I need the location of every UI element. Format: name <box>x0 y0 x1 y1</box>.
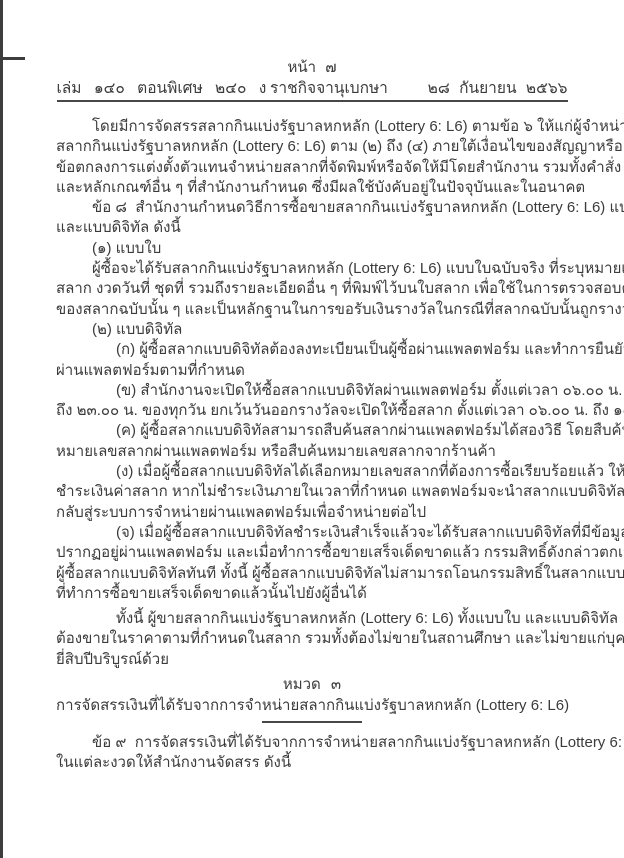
gazette-page: หน้า ๗ เล่ม ๑๔๐ ตอนพิเศษ ๒๔๐ ง ราชกิจจาน… <box>0 0 624 858</box>
text-line: และหลักเกณฑ์อื่น ๆ ที่สำนักงานกำหนด ซึ่ง… <box>56 178 568 198</box>
page-header: หน้า ๗ เล่ม ๑๔๐ ตอนพิเศษ ๒๔๐ ง ราชกิจจาน… <box>0 0 624 102</box>
text-line: ผู้ซื้อสลากแบบดิจิทัลทันที ทั้งนี้ ผู้ซื… <box>56 564 568 584</box>
text-line: สลากกินแบ่งรัฐบาลหกหลัก (Lottery 6: L6) … <box>56 137 568 157</box>
text-line: ข้อตกลงการแต่งตั้งตัวแทนจำหน่ายสลากที่จั… <box>56 158 568 178</box>
volume-issue: เล่ม ๑๔๐ ตอนพิเศษ ๒๔๐ ง <box>57 78 267 99</box>
chapter-heading: หมวด ๓ การจัดสรรเงินที่ได้รับจากการจำหน่… <box>56 675 568 723</box>
text-line: (ค) ผู้ซื้อสลากแบบดิจิทัลสามารถสืบค้นสลา… <box>56 421 568 441</box>
text-line: (ง) เมื่อผู้ซื้อสลากแบบดิจิทัลได้เลือกหม… <box>56 462 568 482</box>
closing-paragraph: ข้อ ๙ การจัดสรรเงินที่ได้รับจากการจำหน่า… <box>56 733 568 774</box>
text-line: ชำระเงินค่าสลาก หากไม่ชำระเงินภายในเวลาท… <box>56 482 568 502</box>
text-line: (ก) ผู้ซื้อสลากแบบดิจิทัลต้องลงทะเบียนเป… <box>56 340 568 360</box>
document-body: โดยมีการจัดสรรสลากกินแบ่งรัฐบาลหกหลัก (L… <box>56 117 568 774</box>
chapter-title-rule <box>262 721 362 723</box>
chapter-title: การจัดสรรเงินที่ได้รับจากการจำหน่ายสลากก… <box>56 696 568 716</box>
publication-date: ๒๘ กันยายน ๒๕๖๖ <box>428 78 568 99</box>
text-line: ผู้ซื้อจะได้รับสลากกินแบ่งรัฐบาลหกหลัก (… <box>56 259 568 279</box>
text-line: กลับสู่ระบบการจำหน่ายผ่านแพลตฟอร์มเพื่อจ… <box>56 503 568 523</box>
scan-tick-artifact <box>0 57 25 60</box>
page-number: หน้า ๗ <box>0 57 624 78</box>
text-line: ผ่านแพลตฟอร์มตามที่กำหนด <box>56 361 568 381</box>
text-line: หมายเลขสลากผ่านแพลตฟอร์ม หรือสืบค้นหมายเ… <box>56 442 568 462</box>
text-line: ถึง ๒๓.๐๐ น. ของทุกวัน ยกเว้นวันออกรางวั… <box>56 401 568 421</box>
header-rule <box>57 100 568 102</box>
chapter-label: หมวด ๓ <box>56 675 568 695</box>
text-line: ของสลากฉบับนั้น ๆ และเป็นหลักฐานในการขอร… <box>56 300 568 320</box>
masthead-row: เล่ม ๑๔๐ ตอนพิเศษ ๒๔๐ ง ราชกิจจานุเบกษา … <box>57 78 568 99</box>
text-line: ที่ทำการซื้อขายเสร็จเด็ดขาดแล้วนั้นไปยัง… <box>56 584 568 604</box>
text-line: (๑) แบบใบ <box>56 239 568 259</box>
text-line: ในแต่ละงวดให้สำนักงานจัดสรร ดังนี้ <box>56 753 568 773</box>
text-line: ทั้งนี้ ผู้ขายสลากกินแบ่งรัฐบาลหกหลัก (L… <box>56 609 568 629</box>
scan-left-edge-artifact <box>0 0 3 858</box>
text-line: (จ) เมื่อผู้ซื้อสลากแบบดิจิทัลชำระเงินสำ… <box>56 523 568 543</box>
text-line: (ข) สำนักงานจะเปิดให้ซื้อสลากแบบดิจิทัลผ… <box>56 381 568 401</box>
gazette-name: ราชกิจจานุเบกษา <box>270 78 388 99</box>
text-line: สลาก งวดวันที่ ชุดที่ รวมถึงรายละเอียดอื… <box>56 279 568 299</box>
text-line: ต้องขายในราคาตามที่กำหนดในสลาก รวมทั้งต้… <box>56 629 568 649</box>
text-line: ปรากฏอยู่ผ่านแพลตฟอร์ม และเมื่อทำการซื้อ… <box>56 543 568 563</box>
text-line: ข้อ ๘ สำนักงานกำหนดวิธีการซื้อขายสลากกิน… <box>56 198 568 218</box>
text-line: ยี่สิบปีบริบูรณ์ด้วย <box>56 650 568 670</box>
text-line: (๒) แบบดิจิทัล <box>56 320 568 340</box>
text-line: ข้อ ๙ การจัดสรรเงินที่ได้รับจากการจำหน่า… <box>56 733 568 753</box>
text-line: และแบบดิจิทัล ดังนี้ <box>56 218 568 238</box>
text-line: โดยมีการจัดสรรสลากกินแบ่งรัฐบาลหกหลัก (L… <box>56 117 568 137</box>
